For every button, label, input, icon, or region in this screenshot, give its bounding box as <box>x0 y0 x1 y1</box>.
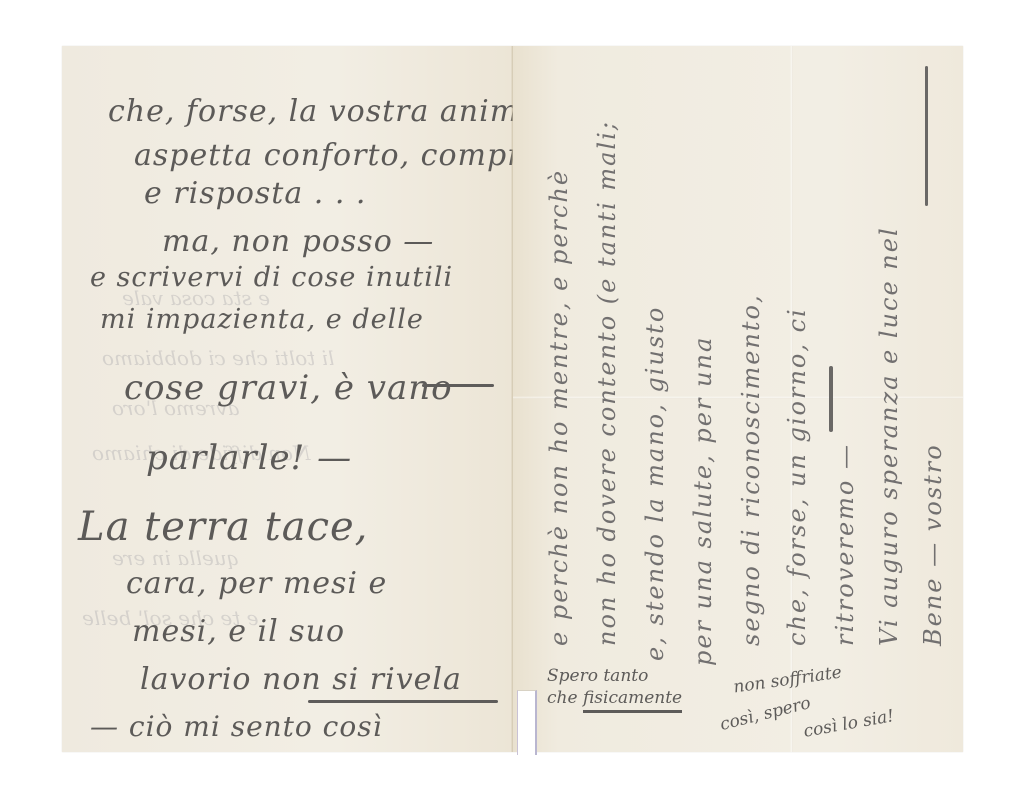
letter-line: parlarle! — <box>146 438 352 478</box>
letter-line: mi impazienta, e delle <box>100 304 424 335</box>
footnote-word: che <box>547 688 578 708</box>
letter-line: ma, non posso — <box>162 224 434 259</box>
letter-column: che, forse, un giorno, ci <box>783 307 811 646</box>
footnote-line: Spero tanto <box>547 666 648 686</box>
footnote-line: così, spero <box>718 693 813 735</box>
footnote-line: così lo sia! <box>802 706 896 742</box>
letter-line: cara, per mesi e <box>126 566 387 601</box>
letter-column: per una salute, per una <box>689 336 717 666</box>
paper-tear <box>517 690 537 755</box>
letter-column: segno di riconoscimento, <box>737 293 765 646</box>
letter-column: Bene — vostro <box>919 443 947 646</box>
letter-column: ritroveremo — <box>831 443 859 646</box>
letter-line: e risposta . . . <box>144 176 366 211</box>
underline-stroke <box>308 700 498 703</box>
letter-line: che, forse, la vostra anima <box>108 94 513 129</box>
letter-column: Vi auguro speranza e luce nel <box>875 226 903 646</box>
letter-line: aspetta conforto, comprensione <box>134 138 513 173</box>
underlined-word: fisicamente <box>583 688 682 713</box>
footnote-line: che fisicamente <box>547 688 682 708</box>
letter-line: e scrivervi di cose inutili <box>90 262 453 293</box>
pen-flourish <box>925 66 928 206</box>
letter-line: — ciò mi sento così <box>90 710 383 743</box>
letter-column: e perchè non ho mentre, e perchè <box>545 169 573 646</box>
show-through-text: li tolti che ci dobbiamo <box>102 346 334 370</box>
letter-line: cose gravi, è vano <box>124 368 453 408</box>
pen-dash <box>422 384 494 387</box>
pen-dash <box>829 366 833 432</box>
letter-line: mesi, e il suo <box>132 614 345 649</box>
letter-column: e, stendo la mano, giusto <box>641 306 669 661</box>
left-page: e sta cosa vale li tolti che ci dobbiamo… <box>62 46 513 752</box>
letter-column: non ho dovere contento (e tanti mali; <box>593 120 621 646</box>
right-page: e perchè non ho mentre, e perchè non ho … <box>513 46 963 752</box>
footnote-line: non soffriate <box>732 663 843 698</box>
letter-line: La terra tace, <box>78 504 368 550</box>
letter-line: lavorio non si rivela <box>140 662 462 697</box>
letter-sheet: e sta cosa vale li tolti che ci dobbiamo… <box>62 46 963 752</box>
